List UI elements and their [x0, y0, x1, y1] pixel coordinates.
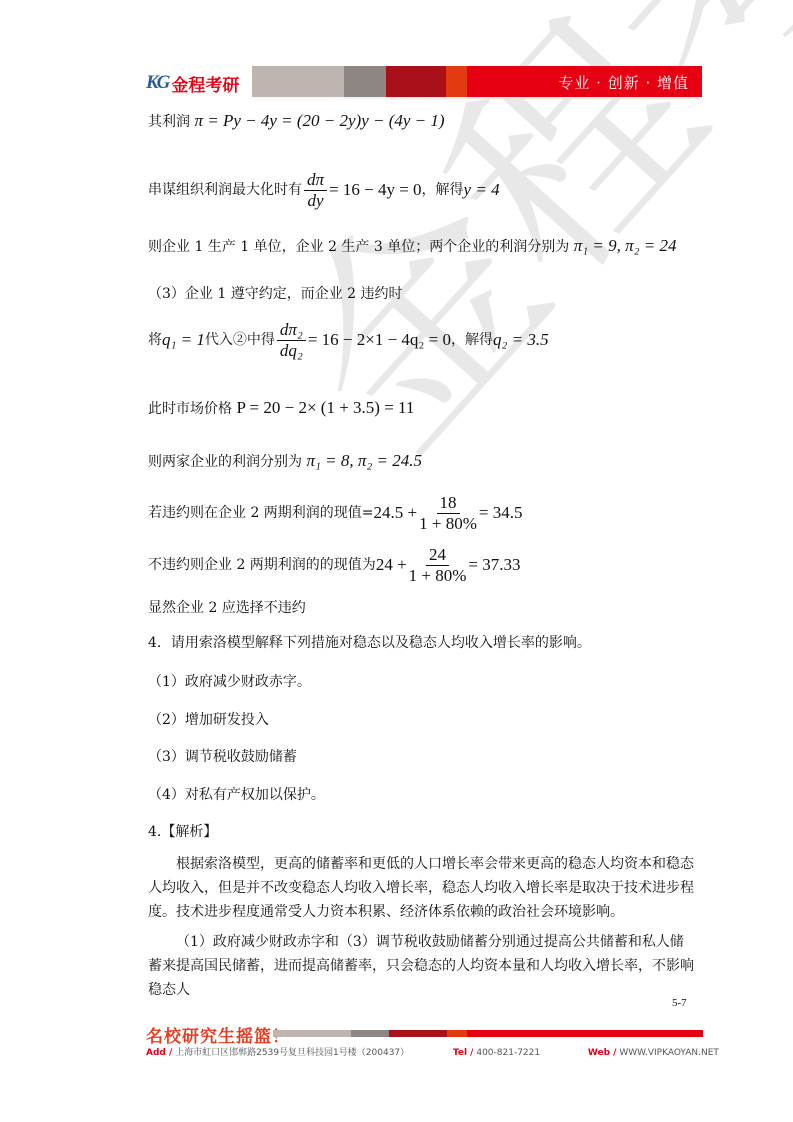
- footer-contact: Add / 上海市虹口区邯郸路2539号复旦科技园1号楼（200437） Tel…: [146, 1045, 719, 1058]
- math-expression: π₁ = 8, π₂ = 24.5: [306, 451, 422, 470]
- math-result: y = 4: [464, 180, 500, 200]
- fraction-denominator: dq₂: [280, 341, 303, 361]
- text-body: 则企业 1 生产 1 单位，企业 2 生产 3 单位；两个企业的利润分别为: [148, 239, 569, 255]
- logo-text: 金程考研: [171, 71, 239, 96]
- text-mid: 代入②中得: [205, 330, 275, 350]
- fraction-denominator: 1 + 80%: [419, 514, 477, 534]
- substitute-line: 将 q₁ = 1 代入②中得 dπ₂ dq₂ = 16 − 2×1 − 4q₂ …: [148, 318, 549, 362]
- question-item-1: （1）政府减少财政赤字。: [148, 672, 311, 692]
- text-mid: ，解得: [422, 180, 464, 200]
- math-result: q₂ = 3.5: [493, 330, 549, 350]
- analysis-heading: 4.【解析】: [148, 822, 217, 842]
- math-result: = 34.5: [479, 503, 523, 523]
- address-label: Add /: [146, 1048, 172, 1058]
- text-prefix: 其利润: [148, 114, 190, 130]
- footer-title: 名校研究生摇篮！: [146, 1022, 290, 1047]
- text-prefix: 串谋组织利润最大化时有: [148, 180, 302, 200]
- footer-color-band: [273, 1030, 703, 1037]
- fraction-denominator: 1 + 80%: [409, 566, 467, 586]
- text-prefix: 若违约则在企业 2 两期利润的现值=: [148, 503, 374, 523]
- math-expression: = 16 − 2×1 − 4q₂ = 0: [308, 330, 451, 350]
- profits-line: 则两家企业的利润分别为 π₁ = 8, π₂ = 24.5: [148, 451, 422, 472]
- web-label: Web /: [588, 1048, 617, 1058]
- collusion-max-line: 串谋组织利润最大化时有 dπ dy = 16 − 4y = 0 ，解得 y = …: [148, 168, 500, 212]
- fraction: dπ₂ dq₂: [277, 320, 306, 361]
- text-mid: ，解得: [451, 330, 493, 350]
- question-item-3: （3）调节税收鼓励储蓄: [148, 747, 297, 767]
- text-prefix: 则两家企业的利润分别为: [148, 454, 302, 470]
- text-prefix: 此时市场价格: [148, 401, 232, 417]
- math-q1: q₁ = 1: [162, 330, 205, 350]
- text-prefix: 将: [148, 330, 162, 350]
- text-prefix: 不违约则企业 2 两期利润的的现值为: [148, 555, 376, 575]
- fraction: dπ dy: [304, 170, 327, 211]
- math-expression: 24 +: [376, 555, 407, 575]
- case-3-heading: （3）企业 1 遵守约定，而企业 2 违约时: [148, 284, 403, 304]
- fraction-numerator: dπ: [304, 170, 327, 191]
- analysis-paragraph-1: 根据索洛模型，更高的储蓄率和更低的人口增长率会带来更高的稳态人均资本和稳态人均收…: [148, 852, 696, 924]
- question-4-title: 4．请用索洛模型解释下列措施对稳态以及稳态人均收入增长率的影响。: [148, 633, 591, 653]
- fraction-denominator: dy: [307, 191, 323, 211]
- address-text: 上海市虹口区邯郸路2539号复旦科技园1号楼（200437）: [175, 1048, 409, 1058]
- header-slogan: 专业 · 创新 · 增值: [558, 72, 689, 93]
- math-expression: 24.5 +: [374, 503, 418, 523]
- fraction-numerator: 18: [437, 493, 460, 514]
- math-expression: π₁ = 9, π₂ = 24: [574, 236, 677, 255]
- logo-mark-icon: KG: [146, 72, 168, 94]
- fraction-numerator: dπ₂: [277, 320, 306, 341]
- profit-result-line: 则企业 1 生产 1 单位，企业 2 生产 3 单位；两个企业的利润分别为 π₁…: [148, 236, 676, 257]
- comply-pv-line: 不违约则企业 2 两期利润的的现值为 24 + 24 1 + 80% = 37.…: [148, 542, 521, 588]
- math-expression: P = 20 − 2× (1 + 3.5) = 11: [236, 398, 414, 417]
- fraction: 24 1 + 80%: [409, 545, 467, 586]
- brand-logo: KG 金程考研: [146, 68, 239, 98]
- market-price-line: 此时市场价格 P = 20 − 2× (1 + 3.5) = 11: [148, 398, 414, 419]
- question-item-4: （4）对私有产权加以保护。: [148, 785, 325, 805]
- profit-equation: 其利润 π = Py − 4y = (20 − 2y)y − (4y − 1): [148, 111, 445, 132]
- page-number: 5-7: [672, 997, 687, 1009]
- tel-label: Tel /: [453, 1048, 474, 1058]
- fraction: 18 1 + 80%: [419, 493, 477, 534]
- web-link[interactable]: WWW.VIPKAOYAN.NET: [619, 1048, 719, 1058]
- question-item-2: （2）增加研发投入: [148, 710, 269, 730]
- math-result: = 37.33: [468, 555, 520, 575]
- tel-text: 400-821-7221: [476, 1048, 540, 1058]
- breach-pv-line: 若违约则在企业 2 两期利润的现值= 24.5 + 18 1 + 80% = 3…: [148, 490, 522, 536]
- analysis-paragraph-2: （1）政府减少财政赤字和（3）调节税收鼓励储蓄分别通过提高公共储蓄和私人储蓄来提…: [148, 930, 696, 1002]
- math-expression: = 16 − 4y = 0: [329, 180, 422, 200]
- header-divider: [252, 97, 702, 99]
- math-expression: π = Py − 4y = (20 − 2y)y − (4y − 1): [194, 111, 444, 130]
- conclusion-line: 显然企业 2 应选择不违约: [148, 598, 306, 618]
- fraction-numerator: 24: [426, 545, 449, 566]
